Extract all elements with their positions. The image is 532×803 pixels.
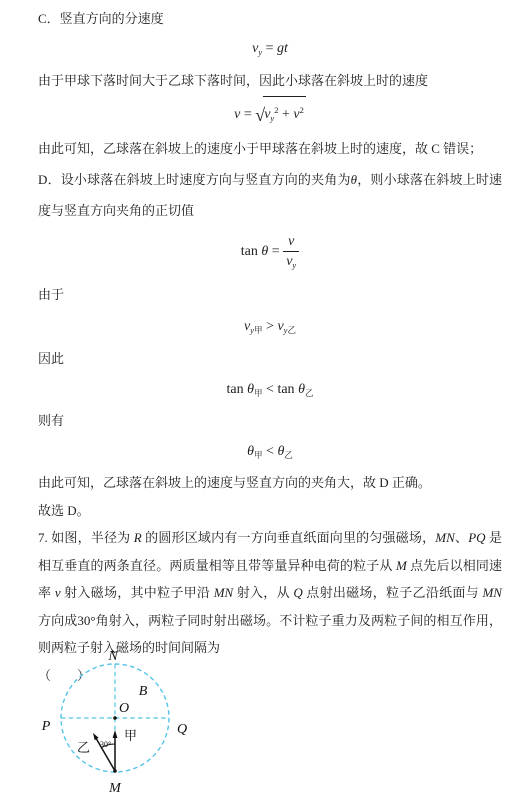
diagram-svg: N P Q M O B 甲 乙 30° [15, 646, 220, 803]
label-particle-jia: 甲 [124, 728, 137, 743]
label-n: N [107, 649, 118, 664]
paragraph-conclusion-d: 由此可知，乙球落在斜坡上的速度与竖直方向的夹角大，故 D 正确。 [38, 467, 502, 498]
paragraph-fall-time: 由于甲球下落时间大于乙球下落时间，因此小球落在斜坡上时的速度 [38, 65, 502, 96]
formula-vy-compare: vy甲 > vy乙 [38, 310, 502, 343]
formula-vy-gt: vy = gt [38, 32, 502, 65]
label-then: 则有 [38, 405, 502, 436]
formula-tan-theta: tan θ = vvy [38, 226, 502, 279]
label-m: M [108, 781, 122, 796]
label-since: 由于 [38, 279, 502, 310]
formula-tan-compare: tan θ甲 < tan θ乙 [38, 374, 502, 405]
question-7-paragraph: 7. 如图，半径为 R 的圆形区域内有一方向垂直纸面向里的匀强磁场，MN、PQ … [38, 524, 502, 662]
label-angle-30: 30° [100, 740, 111, 749]
label-p: P [41, 719, 51, 734]
label-b: B [139, 684, 148, 699]
paragraph-conclusion-c: 由此可知，乙球落在斜坡上的速度小于甲球落在斜坡上时的速度，故 C 错误； [38, 133, 502, 164]
option-d-paragraph: D．设小球落在斜坡上时速度方向与竖直方向的夹角为θ，则小球落在斜坡上时速度与竖直… [38, 164, 502, 226]
option-c-line: C．竖直方向的分速度 [38, 5, 502, 32]
center-dot [113, 716, 117, 720]
particle-yi-arrowhead [93, 733, 99, 740]
document-page: C．竖直方向的分速度 vy = gt 由于甲球下落时间大于乙球下落时间，因此小球… [0, 0, 532, 690]
formula-speed-sqrt: v = √vy2 + v2 [38, 96, 502, 133]
particle-jia-arrowhead [113, 730, 118, 738]
formula-theta-compare: θ甲 < θ乙 [38, 436, 502, 467]
label-o: O [119, 701, 129, 716]
answer-line: 故选 D。 [38, 498, 502, 524]
label-q: Q [177, 722, 187, 737]
label-particle-yi: 乙 [77, 740, 90, 755]
label-thus: 因此 [38, 343, 502, 374]
magnetic-field-diagram: N P Q M O B 甲 乙 30° [15, 646, 220, 803]
